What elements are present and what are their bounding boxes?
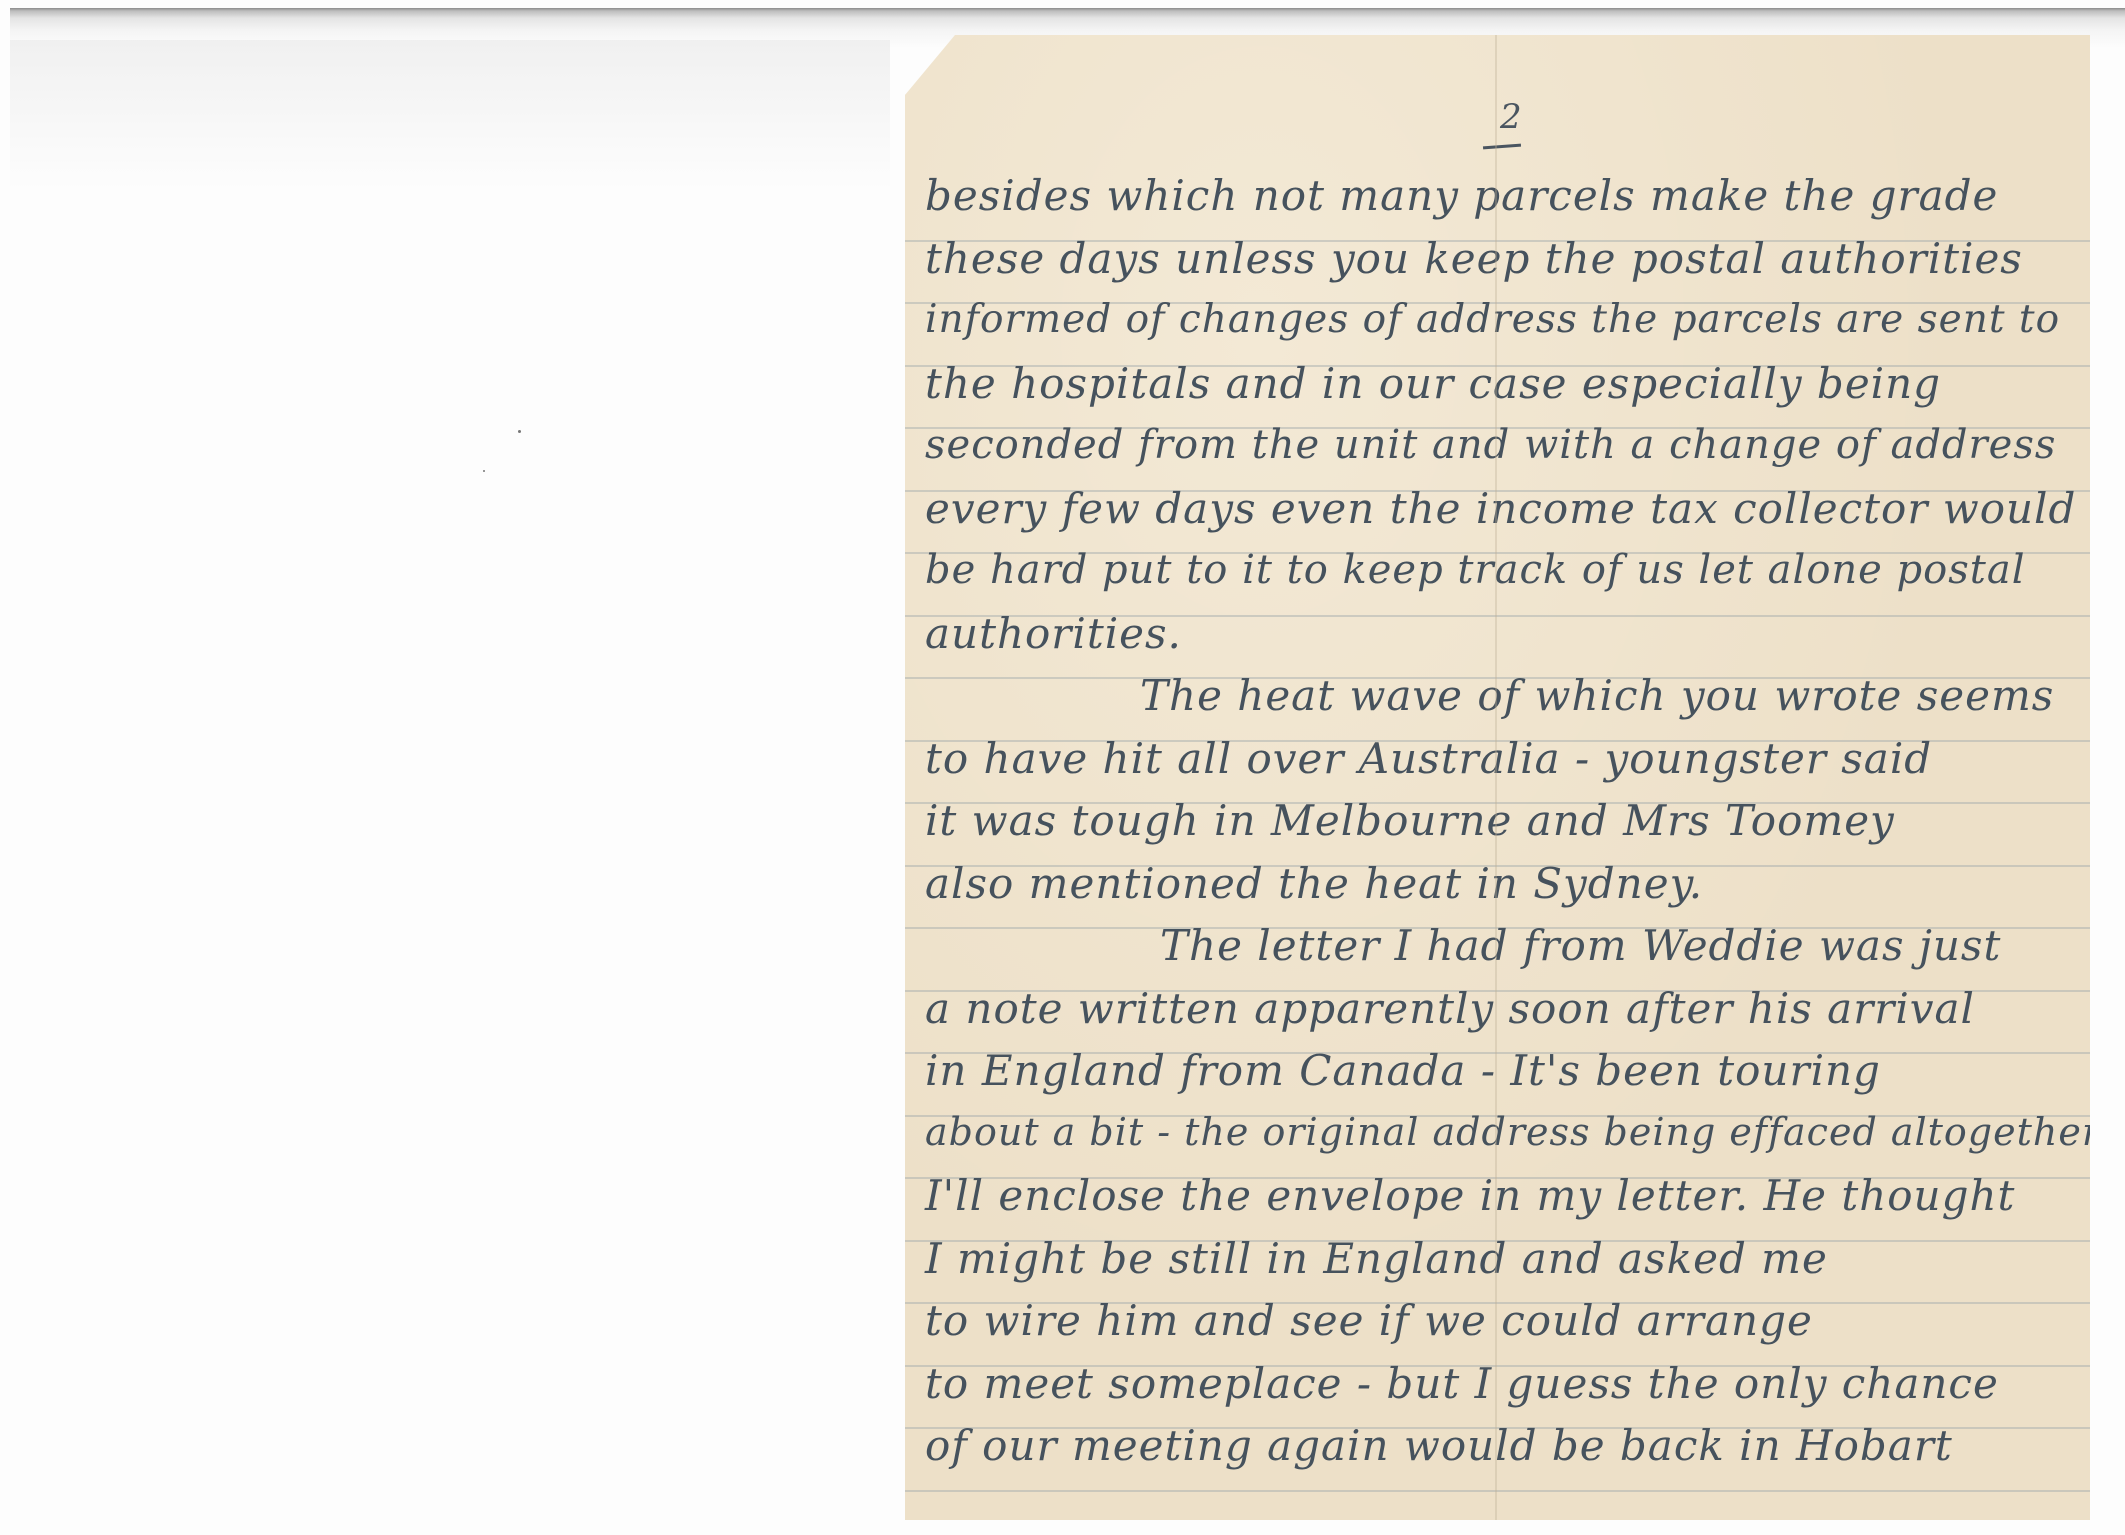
handwritten-line: to meet someplace - but I guess the only… <box>925 1363 1999 1405</box>
handwritten-line: it was tough in Melbourne and Mrs Toomey <box>925 800 1895 842</box>
handwritten-line: these days unless you keep the postal au… <box>925 238 2023 280</box>
ruled-line <box>905 1490 2090 1492</box>
handwritten-line: informed of changes of address the parce… <box>925 300 2060 339</box>
handwritten-line: I'll enclose the envelope in my letter. … <box>925 1175 2015 1217</box>
scanner-background-bleed <box>10 40 890 190</box>
letter-page: 2 besides which not many parcels make th… <box>905 35 2090 1520</box>
handwritten-line: about a bit - the original address being… <box>925 1113 2101 1151</box>
handwritten-line: I might be still in England and asked me <box>925 1238 1828 1280</box>
handwritten-line-paragraph-start: The heat wave of which you wrote seems <box>1140 675 2054 717</box>
handwritten-line: of our meeting again would be back in Ho… <box>925 1425 1953 1467</box>
dust-speck <box>518 430 521 433</box>
handwritten-line: a note written apparently soon after his… <box>925 988 1975 1030</box>
handwritten-line: in England from Canada - It's been touri… <box>925 1050 1881 1092</box>
handwritten-line-paragraph-start: The letter I had from Weddie was just <box>1160 925 2001 967</box>
handwritten-line: every few days even the income tax colle… <box>925 488 2076 530</box>
dust-speck <box>483 470 485 472</box>
handwritten-line: besides which not many parcels make the … <box>925 175 1998 217</box>
handwritten-line: the hospitals and in our case especially… <box>925 363 1941 405</box>
handwritten-line: authorities. <box>925 613 1182 655</box>
handwritten-line: to have hit all over Australia - youngst… <box>925 738 1932 780</box>
handwritten-line: also mentioned the heat in Sydney. <box>925 863 1703 905</box>
handwritten-line: seconded from the unit and with a change… <box>925 425 2056 465</box>
handwritten-line: to wire him and see if we could arrange <box>925 1300 1813 1342</box>
handwritten-line: be hard put to it to keep track of us le… <box>925 550 2025 590</box>
page-number: 2 <box>1500 97 1522 137</box>
page-number-underline <box>1483 144 1521 150</box>
